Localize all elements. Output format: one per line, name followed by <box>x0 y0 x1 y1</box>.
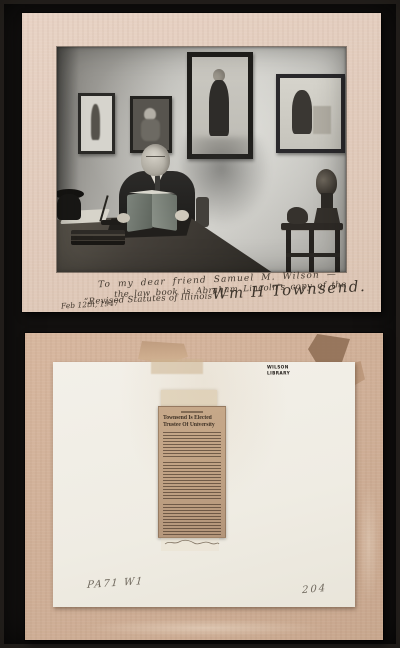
inscription-date: Feb 12th, 1947 <box>61 298 119 310</box>
clipping-body-paragraph <box>163 462 221 501</box>
clipping-body-paragraph <box>163 432 221 459</box>
photo-front-mount: To my dear friend Samuel M. Wilson — the… <box>22 13 381 312</box>
inscription-line-3: “Revised Statutes of Illinois” — <box>84 291 229 307</box>
catalog-number: PA71 W1 <box>87 576 144 591</box>
stamp-line-2: LIBRARY <box>267 371 290 377</box>
page-number: 204 <box>302 583 327 596</box>
signature: Wm H Townsend. <box>212 277 367 303</box>
photo-vignette <box>57 47 346 272</box>
bw-photograph <box>57 47 346 272</box>
archival-scan-background: To my dear friend Samuel M. Wilson — the… <box>0 0 400 648</box>
tape-piece <box>161 538 219 551</box>
photo-back-paper: WILSON LIBRARY Townsend Is Elected Trust… <box>53 362 355 607</box>
clipping-headline-line-2: Trustee Of University <box>163 422 217 429</box>
clipping-kicker <box>181 411 203 413</box>
clipping-headline-line-1: Townsend Is Elected <box>163 415 217 422</box>
worn-patch <box>85 619 325 637</box>
library-stamp: WILSON LIBRARY <box>267 365 290 376</box>
worn-patch <box>359 483 379 603</box>
photo-back-mount: WILSON LIBRARY Townsend Is Elected Trust… <box>25 333 383 640</box>
tape-piece <box>161 390 217 406</box>
newspaper-clipping: Townsend Is Elected Trustee Of Universit… <box>158 406 226 538</box>
tape-remnant <box>151 359 203 374</box>
clipping-body-paragraph <box>163 504 221 537</box>
inscription-line-2: the law book is Abraham Lincoln's copy o… <box>114 280 347 300</box>
inscription-line-1: To my dear friend Samuel M. Wilson — <box>98 270 337 290</box>
